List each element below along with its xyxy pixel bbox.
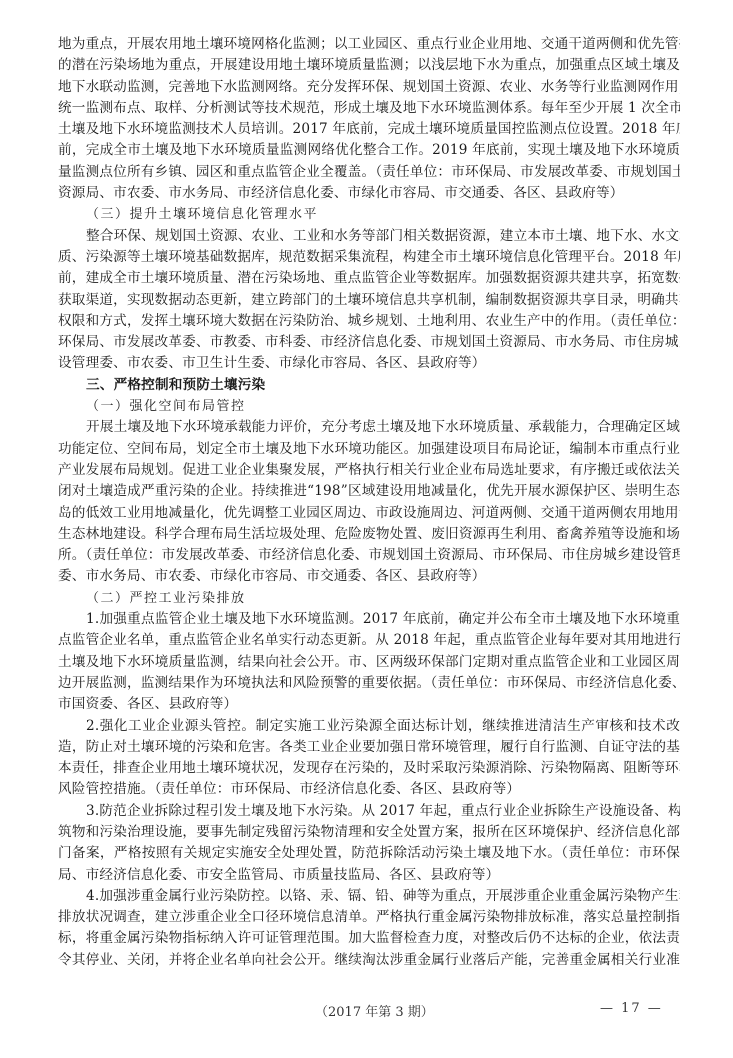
text-line: 资源局、市农委、市水务局、市经济信息化委、市绿化市容局、市交通委、各区、县政府等… bbox=[58, 183, 680, 204]
text-line: 地下水联动监测，完善地下水监测网络。充分发挥环保、规划国土资源、农业、水务等行业… bbox=[58, 77, 680, 98]
text-line: 3.防范企业拆除过程引发土壤及地下水污染。从 2017 年起，重点行业企业拆除生… bbox=[58, 801, 680, 822]
text-line: 4.加强涉重金属行业污染防控。以铬、汞、镉、铅、砷等为重点，开展涉重企业重金属污… bbox=[58, 886, 680, 907]
text-line: 委、市水务局、市农委、市绿化市容局、市交通委、各区、县政府等） bbox=[58, 566, 680, 587]
text-line: 生态林地建设。科学合理布局生活垃圾处理、危险废物处置、废旧资源再生利用、畜禽养殖… bbox=[58, 524, 680, 545]
text-line: 权限和方式，发挥土壤环境大数据在污染防治、城乡规划、土地利用、农业生产中的作用。… bbox=[58, 311, 680, 332]
text-line: 1.加强重点监管企业土壤及地下水环境监测。2017 年底前，确定并公布全市土壤及… bbox=[58, 609, 680, 630]
text-line: 质、污染源等土壤环境基础数据库，规范数据采集流程，构建全市土壤环境信息化管理平台… bbox=[58, 247, 680, 268]
text-line: 整合环保、规划国土资源、农业、工业和水务等部门相关数据资源，建立本市土壤、地下水… bbox=[58, 226, 680, 247]
text-line: 标，将重金属污染物指标纳入许可证管理范围。加大监督检查力度，对整改后仍不达标的企… bbox=[58, 928, 680, 949]
text-line: 市国资委、各区、县政府等） bbox=[58, 694, 680, 715]
paragraph: 地为重点，开展农用地土壤环境网格化监测；以工业园区、重点行业企业用地、交通干道两… bbox=[58, 34, 680, 204]
text-line: 开展土壤及地下水环境承载能力评价，充分考虑土壤及地下水环境质量、承载能力，合理确… bbox=[58, 417, 680, 438]
text-line: 的潜在污染场地为重点，开展建设用地土壤环境质量监测；以浅层地下水为重点，加强重点… bbox=[58, 55, 680, 76]
text-line: 设管理委、市农委、市卫生计生委、市绿化市容局、各区、县政府等） bbox=[58, 353, 680, 374]
text-line: 功能定位、空间布局，划定全市土壤及地下水环境功能区。加强建设项目布局论证，编制本… bbox=[58, 439, 680, 460]
text-line: 产业发展布局规划。促进工业企业集聚发展，严格执行相关行业企业布局选址要求，有序搬… bbox=[58, 460, 680, 481]
text-line: 前，建成全市土壤环境质量、潜在污染场地、重点监管企业等数据库。加强数据资源共建共… bbox=[58, 268, 680, 289]
paragraph: 1.加强重点监管企业土壤及地下水环境监测。2017 年底前，确定并公布全市土壤及… bbox=[58, 609, 680, 715]
subsection-heading: （二）严控工业污染排放 bbox=[58, 588, 680, 609]
text-line: 门备案，严格按照有关规定实施安全处理处置，防范拆除活动污染土壤及地下水。（责任单… bbox=[58, 843, 680, 864]
text-line: 量监测点位所有乡镇、园区和重点监管企业全覆盖。（责任单位：市环保局、市发展改革委… bbox=[58, 162, 680, 183]
text-line: 土壤及地下水环境质量监测，结果向社会公开。市、区两级环保部门定期对重点监管企业和… bbox=[58, 652, 680, 673]
subsection-heading: （三）提升土壤环境信息化管理水平 bbox=[58, 204, 680, 225]
text-line: 本责任，排查企业用地土壤环境状况，发现存在污染的，及时采取污染源消除、污染物隔离… bbox=[58, 758, 680, 779]
text-line: 局、市经济信息化委、市安全监管局、市质量技监局、各区、县政府等） bbox=[58, 865, 680, 886]
text-line: 前，完成全市土壤及地下水环境质量监测网络优化整合工作。2019 年底前，实现土壤… bbox=[58, 140, 680, 161]
paragraph: 开展土壤及地下水环境承载能力评价，充分考虑土壤及地下水环境质量、承载能力，合理确… bbox=[58, 417, 680, 587]
paragraph: 4.加强涉重金属行业污染防控。以铬、汞、镉、铅、砷等为重点，开展涉重企业重金属污… bbox=[58, 886, 680, 971]
paragraph: 2.强化工业企业源头管控。制定实施工业污染源全面达标计划，继续推进清洁生产审核和… bbox=[58, 716, 680, 801]
text-line: 岛的低效工业用地减量化，优先调整工业园区周边、市政设施周边、河道两侧、交通干道两… bbox=[58, 503, 680, 524]
paragraph: 3.防范企业拆除过程引发土壤及地下水污染。从 2017 年起，重点行业企业拆除生… bbox=[58, 801, 680, 886]
section-heading: 三、严格控制和预防土壤污染 bbox=[58, 375, 680, 396]
subsection-heading: （一）强化空间布局管控 bbox=[58, 396, 680, 417]
page-number: — 17 — bbox=[600, 1001, 663, 1016]
document-body: 地为重点，开展农用地土壤环境网格化监测；以工业园区、重点行业企业用地、交通干道两… bbox=[58, 34, 680, 971]
text-line: 风险管控措施。（责任单位：市环保局、市经济信息化委、各区、县政府等） bbox=[58, 779, 680, 800]
text-line: 2.强化工业企业源头管控。制定实施工业污染源全面达标计划，继续推进清洁生产审核和… bbox=[58, 716, 680, 737]
text-line: 筑物和污染治理设施，要事先制定残留污染物清理和安全处置方案，报所在区环境保护、经… bbox=[58, 822, 680, 843]
text-line: 所。（责任单位：市发展改革委、市经济信息化委、市规划国土资源局、市环保局、市住房… bbox=[58, 545, 680, 566]
text-line: 土壤及地下水环境监测技术人员培训。2017 年底前，完成土壤环境质量国控监测点位… bbox=[58, 119, 680, 140]
text-line: 地为重点，开展农用地土壤环境网格化监测；以工业园区、重点行业企业用地、交通干道两… bbox=[58, 34, 680, 55]
text-line: 环保局、市发展改革委、市教委、市科委、市经济信息化委、市规划国土资源局、市水务局… bbox=[58, 332, 680, 353]
text-line: 统一监测布点、取样、分析测试等技术规范，形成土壤及地下水环境监测体系。每年至少开… bbox=[58, 98, 680, 119]
text-line: 造，防止对土壤环境的污染和危害。各类工业企业要加强日常环境管理，履行自行监测、自… bbox=[58, 737, 680, 758]
text-line: 边开展监测，监测结果作为环境执法和风险预警的重要依据。（责任单位：市环保局、市经… bbox=[58, 673, 680, 694]
text-line: 获取渠道，实现数据动态更新，建立跨部门的土壤环境信息共享机制，编制数据资源共享目… bbox=[58, 290, 680, 311]
paragraph: 整合环保、规划国土资源、农业、工业和水务等部门相关数据资源，建立本市土壤、地下水… bbox=[58, 226, 680, 375]
text-line: 点监管企业名单，重点监管企业名单实行动态更新。从 2018 年起，重点监管企业每… bbox=[58, 630, 680, 651]
text-line: 排放状况调查，建立涉重企业全口径环境信息清单。严格执行重金属污染物排放标准，落实… bbox=[58, 907, 680, 928]
text-line: 令其停业、关闭，并将企业名单向社会公开。继续淘汰涉重金属行业落后产能，完善重金属… bbox=[58, 950, 680, 971]
issue-label: （2017 年第 3 期） bbox=[315, 1001, 434, 1020]
page-footer: （2017 年第 3 期） — 17 — bbox=[0, 1001, 733, 1021]
text-line: 闭对土壤造成严重污染的企业。持续推进“198”区域建设用地减量化，优先开展水源保… bbox=[58, 481, 680, 502]
